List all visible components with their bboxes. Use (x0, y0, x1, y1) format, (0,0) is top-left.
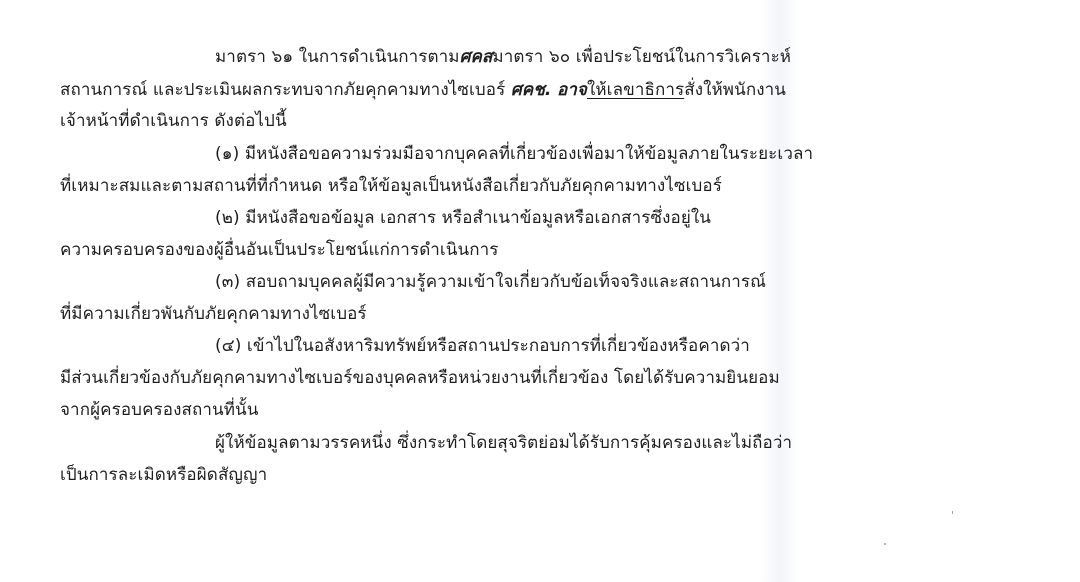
section-text: มาตรา ๖๑ ในการดำเนินการตาม (215, 47, 460, 67)
scan-speck (952, 511, 953, 514)
list-item-text: (๔) เข้าไปในอสังหาริมทรัพย์หรือสถานประกอ… (215, 336, 750, 356)
list-item-text: ที่มีความเกี่ยวพันกับภัยคุกคามทางไซเบอร์ (60, 304, 367, 324)
list-item-3: (๓) สอบถามบุคคลผู้มีความรู้ความเข้าใจเกี… (215, 270, 766, 294)
section-text: เจ้าหน้าที่ดำเนินการ ดังต่อไปนี้ (60, 111, 287, 131)
list-item-text: มีส่วนเกี่ยวข้องกับภัยคุกคามทางไซเบอร์ขอ… (60, 368, 780, 388)
document-page: มาตรา ๖๑ ในการดำเนินการตามศคสมาตรา ๖๐ เพ… (0, 0, 1080, 582)
edited-word: อาจ (557, 80, 587, 100)
closing-paragraph-continuation: เป็นการละเมิดหรือผิดสัญญา (60, 463, 267, 487)
list-item-4-continuation-2: จากผู้ครอบครองสถานที่นั้น (60, 398, 258, 422)
closing-paragraph: ผู้ให้ข้อมูลตามวรรคหนึ่ง ซึ่งกระทำโดยสุจ… (215, 431, 792, 455)
list-item-1-continuation: ที่เหมาะสมและตามสถานที่ที่กำหนด หรือให้ข… (60, 174, 722, 198)
list-item-text: (๒) มีหนังสือขอข้อมูล เอกสาร หรือสำเนาข้… (215, 208, 711, 228)
section-text: สั่งให้พนักงาน (684, 80, 786, 100)
list-item-1: (๑) มีหนังสือขอความร่วมมือจากบุคคลที่เกี… (215, 142, 813, 166)
closing-text: เป็นการละเมิดหรือผิดสัญญา (60, 465, 267, 485)
list-item-text: ที่เหมาะสมและตามสถานที่ที่กำหนด หรือให้ข… (60, 176, 722, 196)
closing-text: ผู้ให้ข้อมูลตามวรรคหนึ่ง ซึ่งกระทำโดยสุจ… (215, 433, 792, 453)
list-item-2: (๒) มีหนังสือขอข้อมูล เอกสาร หรือสำเนาข้… (215, 206, 711, 230)
list-item-text: (๑) มีหนังสือขอความร่วมมือจากบุคคลที่เกี… (215, 144, 813, 164)
scan-speck (884, 543, 886, 545)
list-item-3-continuation: ที่มีความเกี่ยวพันกับภัยคุกคามทางไซเบอร์ (60, 302, 367, 326)
list-item-2-continuation: ความครอบครองของผู้อื่นอันเป็นประโยชน์แก่… (60, 238, 499, 262)
edited-abbreviation: ศคส (460, 47, 493, 67)
section-line-2: สถานการณ์ และประเมินผลกระทบจากภัยคุกคามท… (60, 78, 786, 102)
section-heading-line: มาตรา ๖๑ ในการดำเนินการตามศคสมาตรา ๖๐ เพ… (215, 45, 791, 69)
section-line-3: เจ้าหน้าที่ดำเนินการ ดังต่อไปนี้ (60, 109, 287, 133)
list-item-text: จากผู้ครอบครองสถานที่นั้น (60, 400, 258, 420)
section-text: สถานการณ์ และประเมินผลกระทบจากภัยคุกคามท… (60, 80, 511, 100)
list-item-4: (๔) เข้าไปในอสังหาริมทรัพย์หรือสถานประกอ… (215, 334, 750, 358)
edited-abbreviation: ศคช. (511, 80, 552, 100)
list-item-4-continuation: มีส่วนเกี่ยวข้องกับภัยคุกคามทางไซเบอร์ขอ… (60, 366, 780, 390)
section-text: มาตรา ๖๐ เพื่อประโยชน์ในการวิเคราะห์ (492, 47, 791, 67)
list-item-text: (๓) สอบถามบุคคลผู้มีความรู้ความเข้าใจเกี… (215, 272, 766, 292)
underlined-insertion: ให้เลขาธิการ (587, 80, 684, 100)
list-item-text: ความครอบครองของผู้อื่นอันเป็นประโยชน์แก่… (60, 240, 499, 260)
